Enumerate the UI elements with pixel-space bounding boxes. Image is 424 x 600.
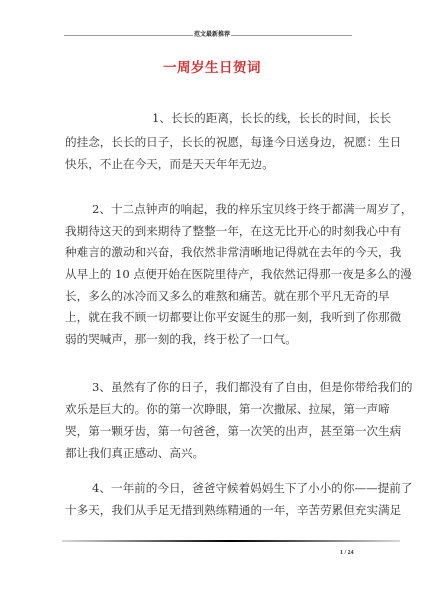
- paragraph-line: 4、一年前的今日，爸爸守候着妈妈生下了小小的你——提前了: [92, 481, 359, 495]
- paragraph-line: 欢乐是巨大的。你的第一次睁眼，第一次撒尿、拉屎，第一声啼: [65, 402, 359, 416]
- paragraph-line: 十多天，我们从手足无措到熟练精通的一年，辛苦劳累但充实满足: [65, 503, 359, 517]
- header-label-text: 范文最新推荐: [193, 31, 231, 38]
- paragraph-line: 2、十二点钟声的响起，我的梓乐宝贝终于终于都满一周岁了，: [92, 202, 359, 216]
- paragraph-line: 1、长长的距离，长长的线，长长的时间，长长: [152, 111, 359, 125]
- header-label: 范文最新推荐: [0, 29, 424, 38]
- paragraph-line: 从早上的 10 点便开始在医院里待产，我依然记得那一夜是多么的漫: [65, 267, 359, 281]
- paragraph-line: 弱的哭喊声，那一刻的我，终于松了一口气。: [65, 332, 359, 346]
- paragraph-line: 的挂念，长长的日子，长长的祝愿，每逢今日送身边，祝愿：生日: [65, 135, 359, 149]
- paragraph-line: 我期待这天的到来期待了整整一年，在这无比开心的时刻我心中有: [65, 224, 359, 238]
- paragraph-line: 快乐，不止在今天，而是天天年年无边。: [65, 157, 359, 171]
- paragraph-line: 长，多么的冰冷而又多么的难熬和痛苦。就在那个平凡无奇的早: [65, 289, 359, 303]
- paragraph-line: 都让我们真正感动、高兴。: [65, 446, 359, 460]
- footer-rule: [62, 540, 400, 542]
- document-title: 一周岁生日贺词: [0, 56, 424, 76]
- paragraph-line: 种难言的激动和兴奋，我依然非常清晰地记得就在去年的今天，我: [65, 245, 359, 259]
- page-number: 1 / 24: [340, 550, 354, 556]
- paragraph-line: 哭，第一颗牙齿，第一句爸爸，第一次笑的出声，甚至第一次生病: [65, 424, 359, 438]
- paragraph-line: 上，就在我不顾一切都要让你平安诞生的那一刻，我听到了你那微: [65, 310, 359, 324]
- paragraph-line: 3、虽然有了你的日子，我们都没有了自由，但是你带给我们的: [92, 380, 359, 394]
